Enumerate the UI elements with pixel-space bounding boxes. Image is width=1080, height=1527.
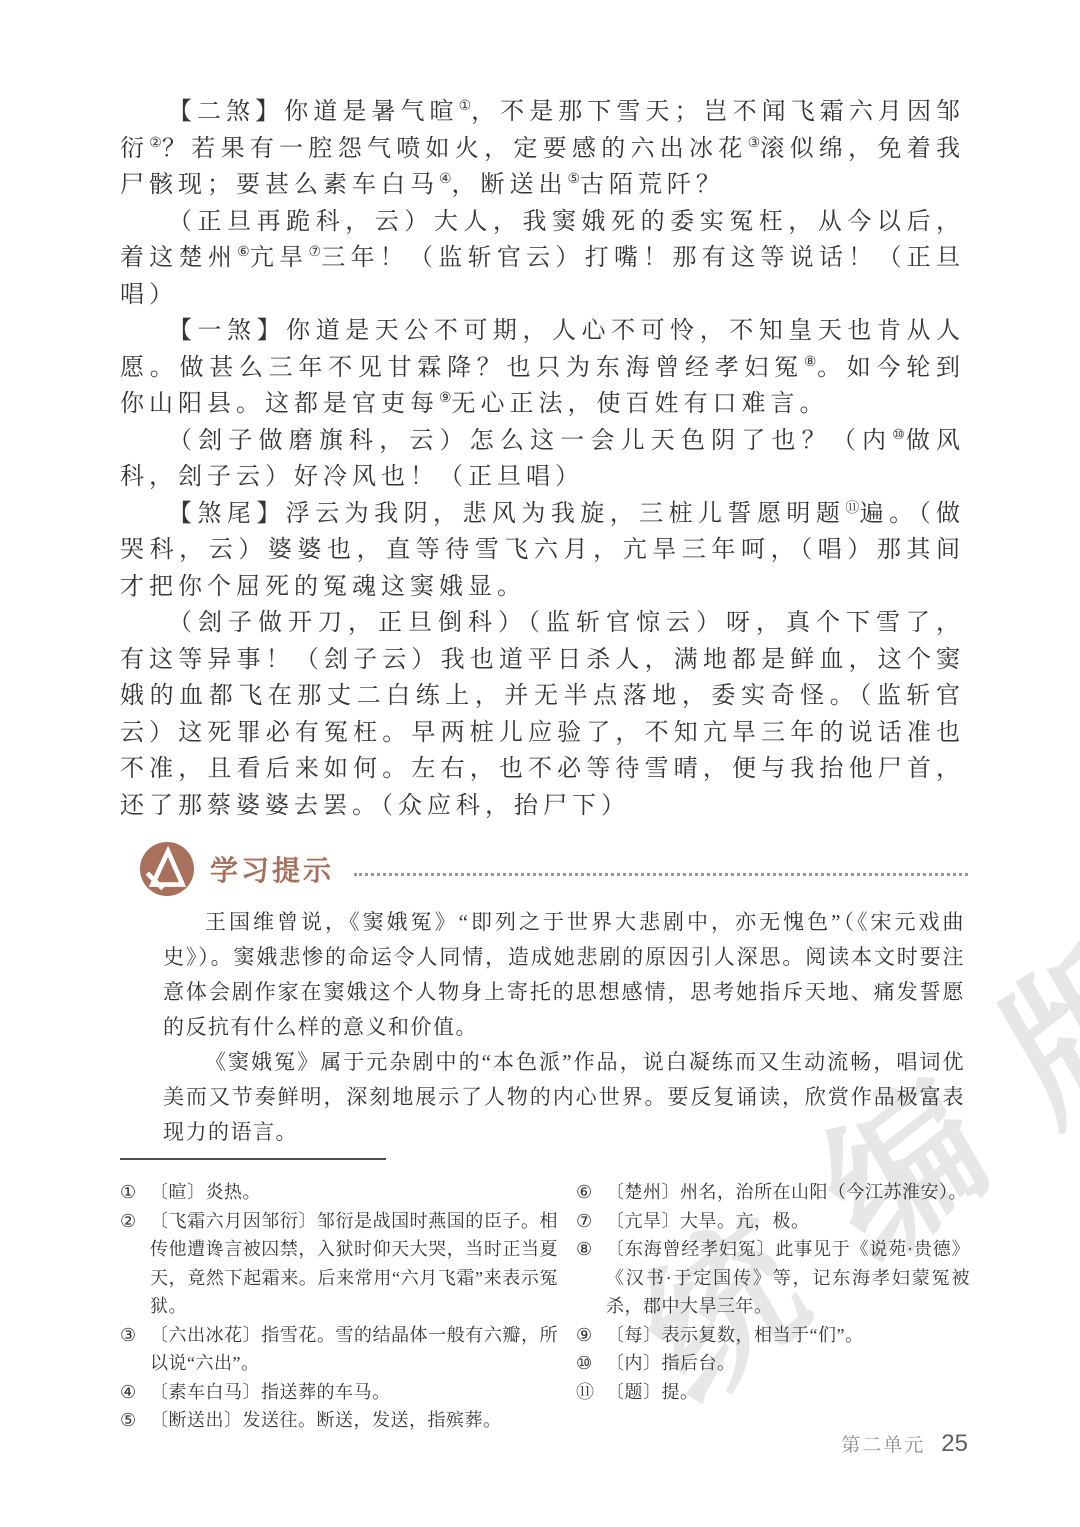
footnote-marker: ② bbox=[120, 1207, 150, 1321]
dotted-leader bbox=[354, 873, 968, 876]
footnote-marker: ⑨ bbox=[576, 1321, 606, 1350]
study-tips-paragraph: 王国维曾说，《窦娥冤》“即列之于世界大悲剧中，亦无愧色”（《宋元戏曲史》）。窦娥… bbox=[163, 905, 965, 1045]
footnote-marker: ⑧ bbox=[576, 1235, 606, 1321]
footnote-item: ② 〔飞霜六月因邹衍〕邹衍是战国时燕国的臣子。相传他遭谗言被囚禁，入狱时仰天大哭… bbox=[120, 1207, 558, 1321]
footnote-text: 〔暄〕炎热。 bbox=[150, 1178, 558, 1207]
footnote-marker: ⑤ bbox=[120, 1406, 150, 1435]
footnote-text: 〔飞霜六月因邹衍〕邹衍是战国时燕国的臣子。相传他遭谗言被囚禁，入狱时仰天大哭，当… bbox=[150, 1207, 558, 1321]
footnote-column-left: ① 〔暄〕炎热。 ② 〔飞霜六月因邹衍〕邹衍是战国时燕国的臣子。相传他遭谗言被囚… bbox=[120, 1178, 558, 1435]
study-tips-header: 学习提示 bbox=[140, 842, 968, 896]
study-tips-paragraph: 《窦娥冤》属于元杂剧中的“本色派”作品，说白凝练而又生动流畅，唱词优美而又节奏鲜… bbox=[163, 1045, 965, 1150]
play-text-paragraph: （正旦再跪科，云）大人，我窦娥死的委实冤枉，从今以后，着这楚州⑥亢旱⑦三年！（监… bbox=[120, 204, 965, 314]
unit-label: 第二单元 bbox=[841, 1430, 925, 1457]
page-number: 25 bbox=[941, 1430, 968, 1458]
footnote-item: ③ 〔六出冰花〕指雪花。雪的结晶体一般有六瓣，所以说“六出”。 bbox=[120, 1321, 558, 1378]
play-text-paragraph: 【一煞】你道是天公不可期，人心不可怜，不知皇天也肯从人愿。做甚么三年不见甘霖降？… bbox=[120, 313, 965, 423]
page-footer: 第二单元 25 bbox=[841, 1430, 968, 1458]
study-tips-icon bbox=[140, 842, 194, 896]
footnote-item: ⑧ 〔东海曾经孝妇冤〕此事见于《说苑·贵德》《汉书·于定国传》等，记东海孝妇蒙冤… bbox=[576, 1235, 970, 1321]
footnote-marker: ⑦ bbox=[576, 1207, 606, 1236]
play-text-paragraph: （刽子做磨旗科，云）怎么这一会儿天色阴了也？（内⑩做风科，刽子云）好冷风也！（正… bbox=[120, 423, 965, 496]
footnote-text: 〔东海曾经孝妇冤〕此事见于《说苑·贵德》《汉书·于定国传》等，记东海孝妇蒙冤被杀… bbox=[606, 1235, 970, 1321]
footnote-column-right: ⑥ 〔楚州〕州名，治所在山阳（今江苏淮安）。 ⑦ 〔亢旱〕大旱。亢，极。 ⑧ 〔… bbox=[576, 1178, 970, 1435]
footnote-text: 〔楚州〕州名，治所在山阳（今江苏淮安）。 bbox=[606, 1178, 970, 1207]
footnote-text: 〔题〕提。 bbox=[606, 1378, 970, 1407]
footnote-text: 〔断送出〕发送往。断送，发送，指殡葬。 bbox=[150, 1406, 558, 1435]
footnote-marker: ① bbox=[120, 1178, 150, 1207]
footnote-item: ① 〔暄〕炎热。 bbox=[120, 1178, 558, 1207]
footnote-text: 〔亢旱〕大旱。亢，极。 bbox=[606, 1207, 970, 1236]
play-text-paragraph: （刽子做开刀，正旦倒科）（监斩官惊云）呀，真个下雪了，有这等异事！（刽子云）我也… bbox=[120, 605, 965, 824]
footnote-marker: ④ bbox=[120, 1378, 150, 1407]
footnote-text: 〔六出冰花〕指雪花。雪的结晶体一般有六瓣，所以说“六出”。 bbox=[150, 1321, 558, 1378]
footnote-item: ⑨ 〔每〕表示复数，相当于“们”。 bbox=[576, 1321, 970, 1350]
play-text-section: 【二煞】你道是暑气暄①，不是那下雪天；岂不闻飞霜六月因邹衍②？若果有一腔怨气喷如… bbox=[120, 94, 965, 824]
footnote-item: ⑪ 〔题〕提。 bbox=[576, 1378, 970, 1407]
textbook-page: 统编版 【二煞】你道是暑气暄①，不是那下雪天；岂不闻飞霜六月因邹衍②？若果有一腔… bbox=[0, 0, 1080, 1527]
study-tips-title: 学习提示 bbox=[210, 849, 334, 889]
footnote-marker: ⑥ bbox=[576, 1178, 606, 1207]
footnotes-section: ① 〔暄〕炎热。 ② 〔飞霜六月因邹衍〕邹衍是战国时燕国的臣子。相传他遭谗言被囚… bbox=[120, 1178, 970, 1435]
footnote-item: ⑤ 〔断送出〕发送往。断送，发送，指殡葬。 bbox=[120, 1406, 558, 1435]
footnote-separator bbox=[120, 1158, 386, 1160]
footnote-marker: ⑩ bbox=[576, 1349, 606, 1378]
footnote-item: ⑦ 〔亢旱〕大旱。亢，极。 bbox=[576, 1207, 970, 1236]
footnote-marker: ⑪ bbox=[576, 1378, 606, 1407]
play-text-paragraph: 【二煞】你道是暑气暄①，不是那下雪天；岂不闻飞霜六月因邹衍②？若果有一腔怨气喷如… bbox=[120, 94, 965, 204]
play-text-paragraph: 【煞尾】浮云为我阴，悲风为我旋，三桩儿誓愿明题⑪遍。（做哭科，云）婆婆也，直等待… bbox=[120, 496, 965, 606]
footnote-text: 〔每〕表示复数，相当于“们”。 bbox=[606, 1321, 970, 1350]
footnote-item: ⑥ 〔楚州〕州名，治所在山阳（今江苏淮安）。 bbox=[576, 1178, 970, 1207]
footnote-item: ⑩ 〔内〕指后台。 bbox=[576, 1349, 970, 1378]
study-tips-body: 王国维曾说，《窦娥冤》“即列之于世界大悲剧中，亦无愧色”（《宋元戏曲史》）。窦娥… bbox=[163, 905, 965, 1150]
footnote-item: ④ 〔素车白马〕指送葬的车马。 bbox=[120, 1378, 558, 1407]
footnote-text: 〔素车白马〕指送葬的车马。 bbox=[150, 1378, 558, 1407]
footnote-text: 〔内〕指后台。 bbox=[606, 1349, 970, 1378]
footnote-marker: ③ bbox=[120, 1321, 150, 1378]
